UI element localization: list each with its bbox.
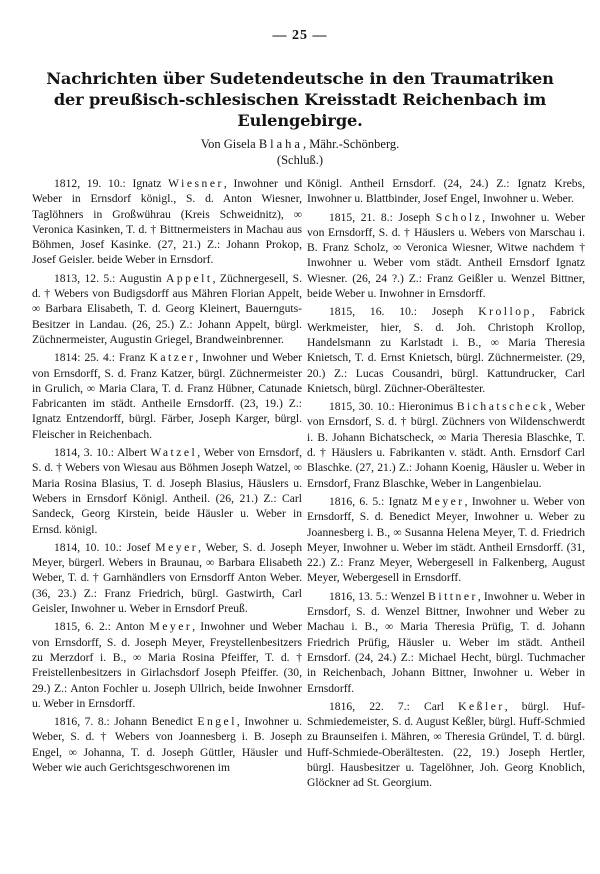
- entry-date: 1814: 25. 4.:: [54, 351, 119, 364]
- entry-text: , Weber von Ernsdorf, S. d. † Webers von…: [32, 446, 302, 535]
- marriage-entry: 1816, 6. 5.: Ignatz Meyer, Inwohner u. W…: [307, 494, 585, 586]
- groom-surname: Scholz: [436, 211, 483, 224]
- groom-surname: Bittner: [428, 590, 478, 603]
- groom-first-name: Joseph: [398, 211, 435, 224]
- groom-surname: Meyer: [422, 495, 465, 508]
- entry-date: 1815, 16. 10.:: [329, 305, 432, 318]
- author-surname: Blaha: [259, 137, 303, 151]
- groom-first-name: Augustin: [119, 272, 166, 285]
- marriage-entry: 1814: 25. 4.: Franz Katzer, Inwohner und…: [32, 350, 302, 442]
- groom-surname: Katzer: [149, 351, 195, 364]
- entry-date: 1814, 10. 10.:: [54, 541, 127, 554]
- groom-first-name: Joseph: [432, 305, 478, 318]
- entry-date: 1815, 6. 2.:: [54, 620, 115, 633]
- groom-first-name: Ignatz: [389, 495, 422, 508]
- groom-surname: Wiesner: [168, 177, 224, 190]
- entry-date: 1816, 6. 5.:: [329, 495, 389, 508]
- right-column: Königl. Antheil Ernsdorf. (24, 24.) Z.: …: [307, 176, 585, 794]
- groom-first-name: Ignatz: [132, 177, 168, 190]
- groom-first-name: Anton: [115, 620, 149, 633]
- entry-text: , Inwohner u. Weber in Ernsdorf, S. d. W…: [307, 590, 585, 695]
- groom-surname: Meyer: [149, 620, 192, 633]
- groom-surname: Appelt: [166, 272, 213, 285]
- groom-surname: Watzel: [150, 446, 197, 459]
- marriage-entry: 1814, 10. 10.: Josef Meyer, Weber, S. d.…: [32, 540, 302, 616]
- continuation-note: (Schluß.): [0, 153, 600, 168]
- groom-first-name: Carl: [424, 700, 458, 713]
- left-column: 1812, 19. 10.: Ignatz Wiesner, Inwohner …: [32, 176, 302, 778]
- entry-text: , Inwohner und Weber in Ernsdorf königl.…: [32, 177, 302, 266]
- entry-date: 1816, 22. 7.:: [329, 700, 424, 713]
- entry-date: 1814, 3. 10.:: [54, 446, 117, 459]
- article-title: Nachrichten über Sudetendeutsche in den …: [30, 68, 570, 131]
- entry-date: 1815, 21. 8.:: [329, 211, 398, 224]
- groom-first-name: Josef: [127, 541, 156, 554]
- groom-first-name: Hieronimus: [398, 400, 456, 413]
- marriage-entry: 1812, 19. 10.: Ignatz Wiesner, Inwohner …: [32, 176, 302, 268]
- marriage-entry: 1816, 7. 8.: Johann Benedict Engel, Inwo…: [32, 714, 302, 775]
- entry-text: , Weber von Ernsdorf, S. d. † bürgl. Züc…: [307, 400, 585, 489]
- marriage-entry: 1815, 16. 10.: Joseph Krollop, Fabrick W…: [307, 304, 585, 396]
- entry-text: , Inwohner u. Weber von Ernsdorff, S. d.…: [307, 211, 585, 300]
- byline-prefix: Von Gisela: [201, 137, 256, 151]
- entry-text: , Inwohner und Weber von Ernsdorff, S. d…: [32, 620, 302, 709]
- entry-date: 1813, 12. 5.:: [54, 272, 119, 285]
- entry-date: 1816, 13. 5.:: [329, 590, 391, 603]
- entry-date: 1815, 30. 10.:: [329, 400, 398, 413]
- groom-surname: Bichatscheck: [457, 400, 549, 413]
- groom-surname: Keßler: [458, 700, 505, 713]
- marriage-entry: 1815, 30. 10.: Hieronimus Bichatscheck, …: [307, 399, 585, 491]
- marriage-entry: 1816, 22. 7.: Carl Keßler, bürgl. Huf-Sc…: [307, 699, 585, 791]
- marriage-entry: Königl. Antheil Ernsdorf. (24, 24.) Z.: …: [307, 176, 585, 207]
- marriage-entry: 1813, 12. 5.: Augustin Appelt, Züchnerge…: [32, 271, 302, 347]
- entry-text: , Inwohner u. Weber von Ernsdorff, S. d.…: [307, 495, 585, 584]
- marriage-entry: 1816, 13. 5.: Wenzel Bittner, Inwohner u…: [307, 589, 585, 696]
- groom-first-name: Albert: [117, 446, 150, 459]
- marriage-entry: 1815, 21. 8.: Joseph Scholz, Inwohner u.…: [307, 210, 585, 302]
- groom-first-name: Johann Benedict: [114, 715, 197, 728]
- entry-date: 1812, 19. 10.:: [54, 177, 132, 190]
- entry-text: , Inwohner und Weber von Ernsdorff, S. d…: [32, 351, 302, 440]
- entry-date: 1816, 7. 8.:: [54, 715, 114, 728]
- byline: Von Gisela Blaha, Mähr.-Schönberg.: [0, 136, 600, 153]
- groom-first-name: Wenzel: [391, 590, 429, 603]
- groom-surname: Engel: [197, 715, 237, 728]
- groom-surname: Krollop: [478, 305, 532, 318]
- marriage-entry: 1814, 3. 10.: Albert Watzel, Weber von E…: [32, 445, 302, 537]
- entry-text: , bürgl. Huf-Schmiedemeister, S. d. Augu…: [307, 700, 585, 789]
- entry-text: Königl. Antheil Ernsdorf. (24, 24.) Z.: …: [307, 177, 585, 205]
- groom-first-name: Franz: [119, 351, 149, 364]
- page-number: — 25 —: [0, 28, 600, 44]
- marriage-entry: 1815, 6. 2.: Anton Meyer, Inwohner und W…: [32, 619, 302, 711]
- groom-surname: Meyer: [155, 541, 198, 554]
- byline-location: , Mähr.-Schönberg.: [303, 137, 399, 151]
- entry-text: , Fabrick Werkmeister, hier, S. d. Joh. …: [307, 305, 585, 394]
